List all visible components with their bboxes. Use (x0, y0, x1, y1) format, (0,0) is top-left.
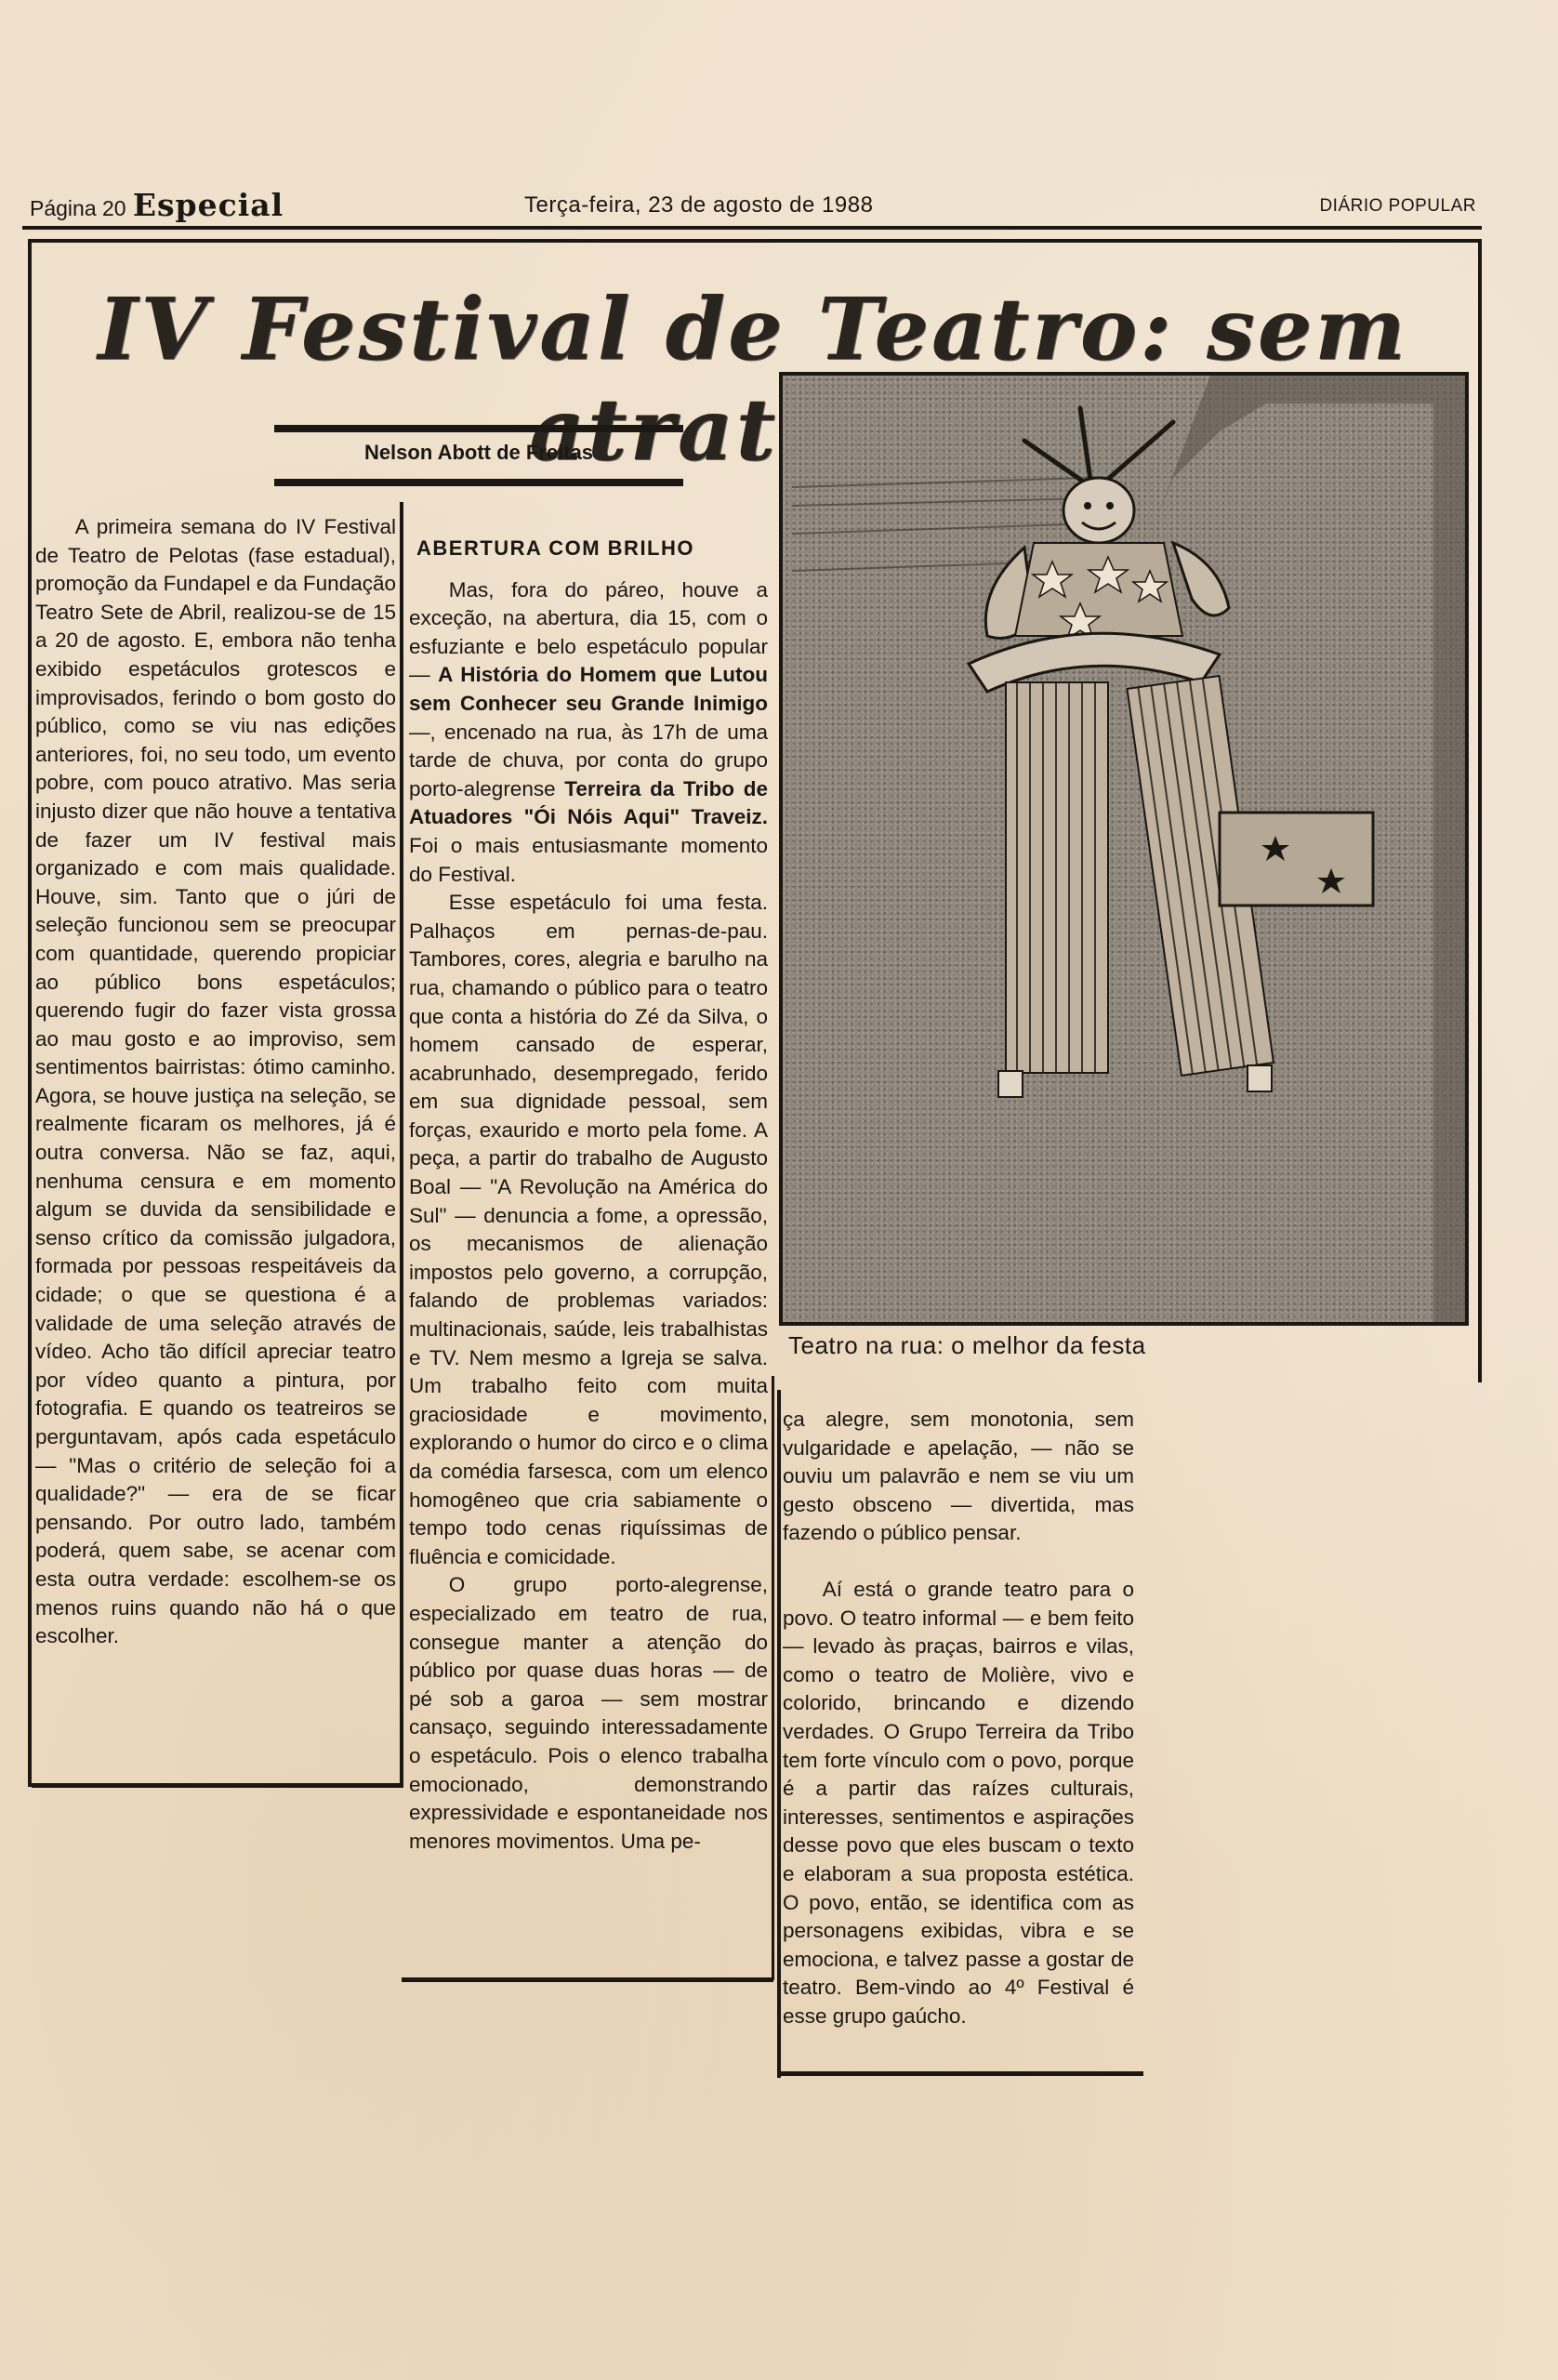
newspaper-name: DIÁRIO POPULAR (1319, 196, 1476, 217)
text-run: Foi o mais entusiasmante momento do Fest… (409, 834, 768, 886)
paragraph: O grupo porto-alegrense, especializado e… (409, 1571, 768, 1856)
play-title: A História do Homem que Lutou sem Conhec… (409, 663, 768, 715)
paragraph: A primeira semana do IV Festival de Teat… (35, 513, 396, 1651)
section-name: Especial (133, 187, 284, 223)
byline: Nelson Abott de Freitas (274, 441, 683, 465)
header-rule (22, 226, 1482, 230)
photo-caption: Teatro na rua: o melhor da festa (788, 1331, 1146, 1360)
paragraph: Mas, fora do páreo, houve a exceção, na … (409, 576, 768, 890)
column-rule-bottom (781, 2071, 1143, 2076)
publication-date: Terça-feira, 23 de agosto de 1988 (524, 192, 873, 218)
clown-on-stilts-illustration (783, 376, 1465, 1322)
paragraph: Aí está o grande teatro para o povo. O t… (783, 1576, 1134, 2031)
paragraph: ça alegre, sem monotonia, sem vulgaridad… (783, 1406, 1134, 1548)
paragraph: Esse espetáculo foi uma festa. Palhaços … (409, 889, 768, 1571)
page-header: Página 20 Especial Terça-feira, 23 de ag… (22, 181, 1482, 230)
byline-rule-top (274, 425, 683, 432)
page-section-label: Página 20 Especial (30, 187, 284, 223)
page-number: Página 20 (30, 196, 126, 220)
column-rule-bottom (402, 1977, 773, 1982)
column-divider (400, 502, 403, 1785)
article-photo (779, 372, 1469, 1326)
column-rule-bottom (32, 1783, 403, 1788)
column-divider (777, 1390, 781, 2078)
subheading: ABERTURA COM BRILHO (409, 535, 768, 563)
column-divider (772, 1376, 774, 1980)
article-column-1: A primeira semana do IV Festival de Teat… (35, 513, 396, 1651)
byline-rule-bottom (274, 479, 683, 486)
article-frame-left (28, 239, 32, 1787)
article-column-3: ça alegre, sem monotonia, sem vulgaridad… (783, 1406, 1134, 2030)
article-frame-right (1478, 239, 1482, 1382)
article-frame-top (28, 239, 1482, 243)
article-column-2: ABERTURA COM BRILHO Mas, fora do páreo, … (409, 535, 768, 1856)
